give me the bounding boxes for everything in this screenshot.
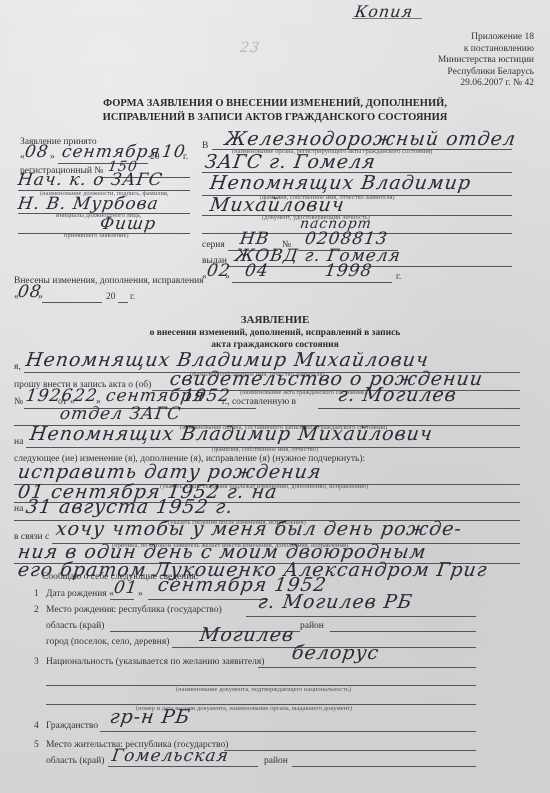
accepted-official-name: Н. В. Мурбова [17,194,161,214]
accepted-quote-close: » [50,152,55,162]
change-what: исправить дату рождения [16,461,323,483]
change-to: 31 августа 1952 г. [24,496,234,518]
annex-line: к постановлению [438,44,534,56]
issued-year: 1998 [324,261,374,281]
birth-rest-line [148,599,268,600]
document-page: 23 Копия Приложение 18 к постановлению М… [0,0,550,793]
place-country-line [246,616,476,617]
nationality: белорус [290,642,380,664]
recipient-applicant-line1: Непомнящих Владимир [208,172,472,194]
birth-close: » [138,589,143,599]
recipient-organ-line2: ЗАГС г. Гомеля [203,151,377,173]
signature-caption: принявшего заявление) [64,232,129,239]
form-title-line1: ФОРМА ЗАЯВЛЕНИЯ О ВНЕСЕНИИ ИЗМЕНЕНИЙ, ДО… [0,98,550,109]
birth-city: Могилев [198,624,295,646]
issued-month: 04 [244,261,270,281]
changes-year-unit: г. [130,292,135,302]
issued-year-unit: г. [396,272,401,282]
annex-line: Министерства юстиции [438,55,534,67]
res-country-line [224,750,476,751]
res-num: 5 [34,740,39,750]
changes-year-prefix: 20 [106,292,116,302]
annex-line: Республики Беларусь [438,67,534,79]
accepted-year-prefix: 20 [150,152,160,162]
birth-num: 1 [34,589,39,599]
birth-label: Дата рождения « [46,589,114,599]
act-no-label: № [14,397,23,407]
bleed-through-mark: 23 [239,40,261,56]
reason-line1: хочу чтобы у меня был день рожде- [54,518,463,540]
official-signature: Фишр [99,214,158,234]
accepted-year-unit: г. [183,152,188,162]
change-to-label: на [14,504,23,514]
nat-doc-caption: (наименование документа, подтверждающего… [176,686,351,693]
changes-quote-close: » [38,292,43,302]
region-label: область (край) [46,621,104,631]
res-region: Гомельская [111,746,231,766]
statement-subheading1: о внесении изменений, дополнений, исправ… [0,328,550,338]
recipient-prefix: В [202,141,208,151]
composed-place-line [318,408,520,409]
composed-place: г. Могилев [336,384,458,406]
issued-date-line [232,282,392,283]
cit-num: 4 [34,721,39,731]
district-line [330,631,476,632]
composed-label: г., составленную в [222,397,296,407]
birth-day: 01 [113,578,139,598]
birth-day-line [110,599,134,600]
city-label: город (поселок, село, деревня) [46,637,169,647]
accepted-position: Нач. к. о ЗАГС [17,170,164,190]
series-label: серия [202,240,225,250]
annex-line: Приложение 18 [438,32,534,44]
res-region-line [108,766,258,767]
i-label: я, [14,362,21,372]
recipient-organ-line1: Железнодорожный отдел [223,128,517,150]
accepted-day: 08 [24,142,50,162]
recipient-applicant-line2: Михайлович [208,194,346,216]
cit-label: Гражданство [46,721,98,731]
composed-organ: отдел ЗАГС [59,404,183,424]
place-num: 2 [34,605,39,615]
act-number: 1926 [25,386,75,406]
nat-num: 3 [34,657,39,667]
subject-on-label: на [14,437,23,447]
res-district-label: район [264,756,288,766]
issued-quote-close: » [225,272,230,282]
place-country: г. Могилев РБ [256,591,414,613]
annex-line: 29.06.2007 г. № 42 [438,78,534,90]
nat-label: Национальность (указывается по желанию з… [46,657,264,667]
statement-heading: ЗАЯВЛЕНИЕ [0,314,550,326]
subject-name: Непомнящих Владимир Михайлович [28,423,434,445]
citizenship-line [100,731,476,732]
subject-caption: (фамилия, собственное имя, отчество) [212,446,318,453]
citizenship: гр-н РБ [108,706,192,728]
form-title-line2: ИСПРАВЛЕНИЙ В ЗАПИСИ АКТОВ ГРАЖДАНСКОГО … [0,112,550,123]
res-district-line [292,766,476,767]
copy-underline [352,18,422,19]
changes-month-line [42,302,102,303]
changes-year-line [118,302,128,303]
district-label: район [300,621,324,631]
place-label: Место рождения: республика (государство) [46,605,222,615]
annex-block: Приложение 18 к постановлению Министерст… [438,32,534,90]
res-region-label: область (край) [46,756,104,766]
nationality-line [258,667,476,668]
